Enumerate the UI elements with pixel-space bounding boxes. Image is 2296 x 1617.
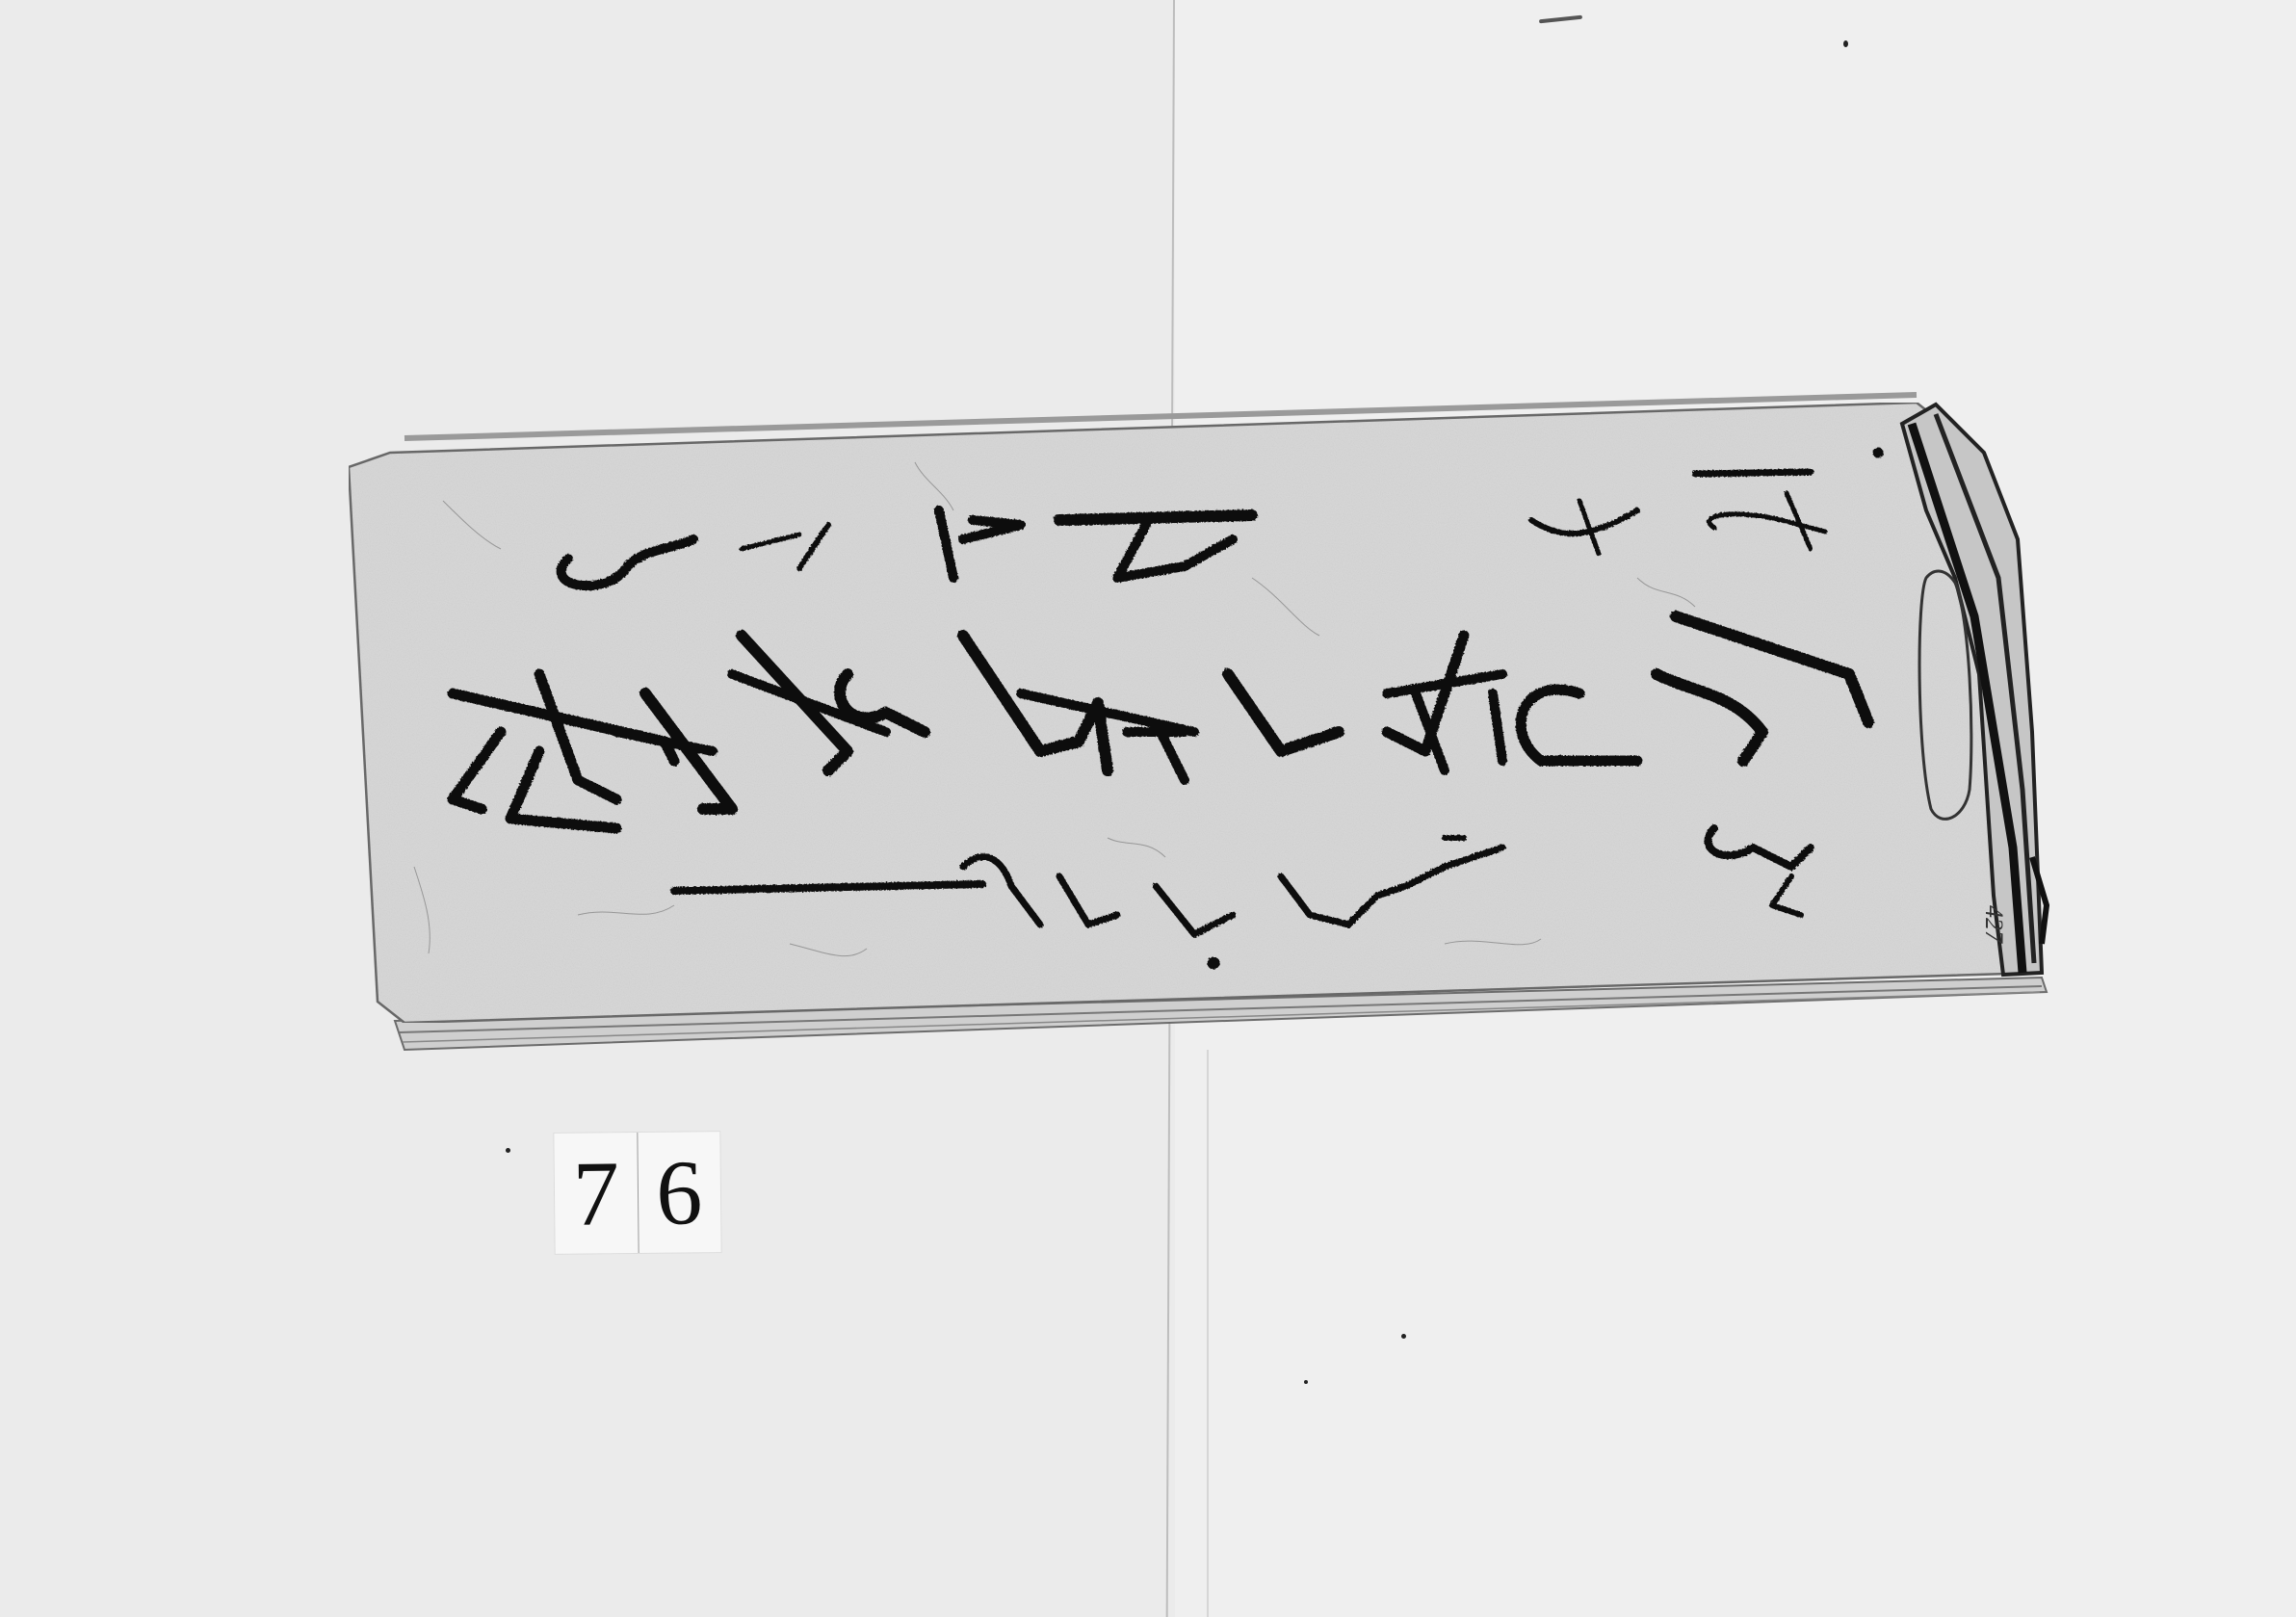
tag-digit: 7	[554, 1133, 638, 1254]
tag-digit: 6	[637, 1132, 721, 1253]
catalog-number-tag: 7 6	[553, 1131, 721, 1255]
document-booklet: 427	[0, 0, 2296, 1617]
svg-text:427: 427	[1980, 905, 2008, 944]
pencil-number: 427	[1980, 905, 2008, 944]
document-illustration: 427	[0, 0, 2296, 1617]
